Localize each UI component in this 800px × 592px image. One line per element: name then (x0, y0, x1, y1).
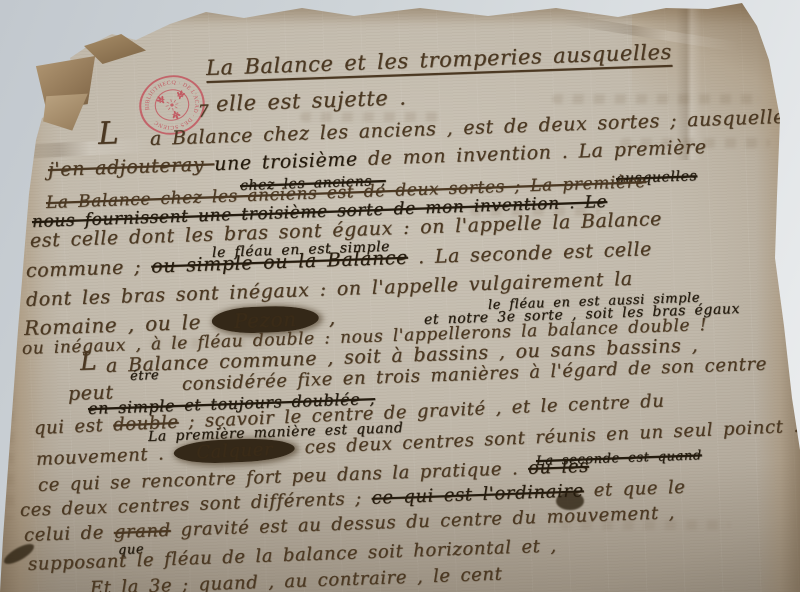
manuscript-text: L (97, 115, 119, 152)
manuscript-text: une troisième (214, 148, 358, 175)
manuscript-line: L (97, 117, 119, 150)
manuscript-text: de mon invention . La première (357, 136, 707, 170)
manuscript-text: étre (130, 368, 160, 384)
manuscript-text: qui est (34, 415, 114, 439)
bleedthrough-smudge (0, 210, 4, 360)
manuscript-line: elle est sujette . (216, 86, 407, 115)
struck-text: ou simple ou la Balance (151, 247, 408, 278)
manuscript-text: mouvement . (36, 443, 175, 470)
manuscript-text: 7 (198, 102, 210, 122)
struck-text: grand (113, 520, 171, 543)
manuscript-text: La Balance et les tromperies ausquelles (206, 40, 673, 80)
struck-text: ou les (528, 456, 590, 479)
handwriting-layer: La Balance et les tromperies ausquellese… (0, 0, 800, 592)
manuscript-line: 7 (198, 104, 210, 122)
manuscript-page: BIBLIOTHECQ · DE L'ACAD · DES SCIENC La … (0, 0, 800, 592)
manuscript-line: L (80, 348, 98, 375)
struck-text: j'en adjouteray (48, 153, 215, 181)
manuscript-line: La Balance et les tromperies ausquelles (206, 41, 673, 79)
manuscript-line: étre (130, 369, 160, 384)
struck-text: ce qui est l'ordinaire (371, 480, 584, 508)
manuscript-text: et que le (583, 477, 685, 502)
manuscript-text: celui de (24, 522, 115, 546)
manuscript-text: , (318, 305, 336, 330)
manuscript-text: commune ; (26, 256, 152, 282)
photo-canvas: BIBLIOTHECQ · DE L'ACAD · DES SCIENC La … (0, 0, 800, 592)
manuscript-text: elle est sujette . (216, 85, 407, 116)
manuscript-text: . La seconde est celle (408, 238, 653, 269)
manuscript-text: L (79, 346, 97, 376)
